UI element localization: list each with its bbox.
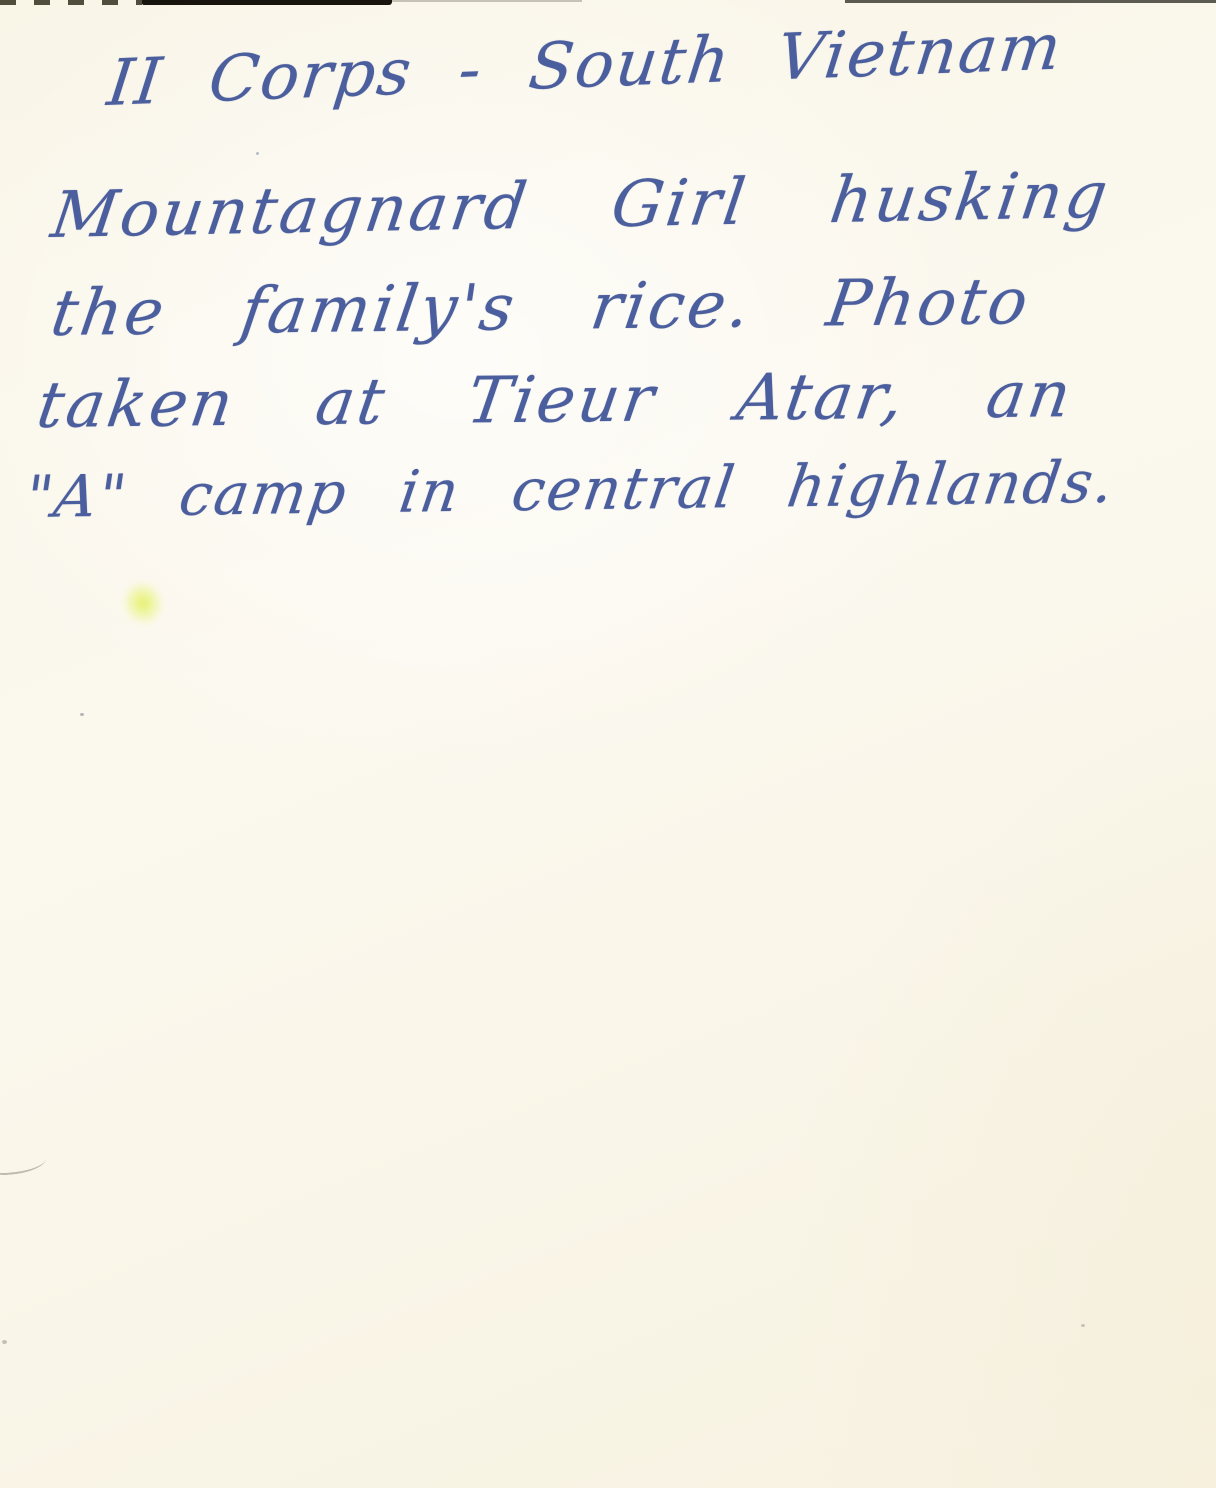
ink-dot xyxy=(256,152,259,155)
caption-title-line: II Corps - South Vietnam xyxy=(104,16,1066,116)
scan-edge-artifact xyxy=(392,0,582,2)
caption-body-line-4: "A" camp in central highlands. xyxy=(22,453,1119,526)
caption-body-line-2: the family's rice. Photo xyxy=(47,270,1034,346)
yellow-ink-smudge xyxy=(115,574,171,632)
handwritten-note-page: II Corps - South Vietnam Mountagnard Gir… xyxy=(0,0,1216,1488)
caption-body-line-3: taken at Tieur Atar, an xyxy=(33,363,1077,438)
scan-edge-artifact xyxy=(0,0,142,5)
paper-speck xyxy=(80,713,84,716)
left-edge-crease-mark xyxy=(0,1154,47,1176)
paper-speck xyxy=(1081,1324,1085,1327)
scan-edge-artifact xyxy=(845,0,1216,3)
caption-body-line-1: Mountagnard Girl husking xyxy=(48,164,1114,248)
scan-edge-artifact xyxy=(142,0,392,5)
paper-speck xyxy=(2,1340,7,1344)
